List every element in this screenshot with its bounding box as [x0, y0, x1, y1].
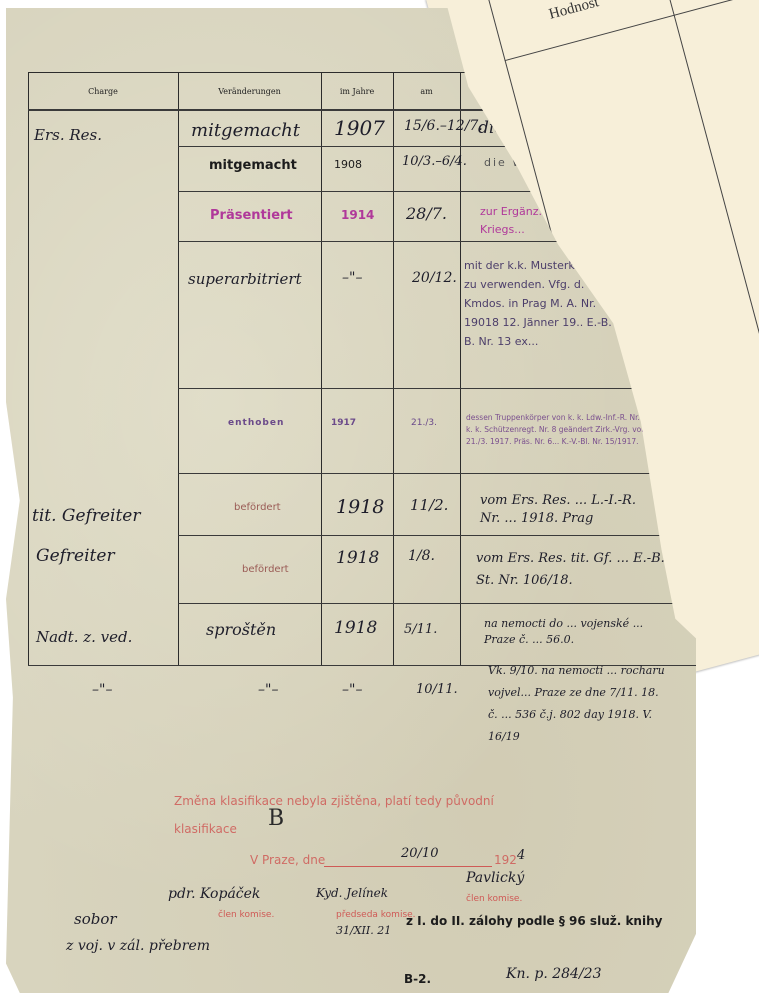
date-cell: 20/12.: [412, 270, 457, 286]
table-border: [28, 73, 29, 665]
column-header-year: im Jahre: [321, 87, 393, 96]
date-cell: 5/11.: [404, 622, 437, 637]
sheet-column-line: [653, 0, 759, 633]
year-cell: –"–: [342, 270, 362, 286]
change-cell: superarbitriert: [188, 270, 302, 288]
column-header-date: am: [393, 87, 460, 96]
classification-value: B: [268, 806, 284, 831]
row-rule: [178, 241, 608, 242]
classification-stamp-line1: Změna klasifikace nebyla zjištěna, platí…: [174, 794, 494, 808]
transfer-text: z I. do II. zálohy podle § 96 služ. knih…: [406, 914, 662, 928]
stamp-date: 20/10: [401, 846, 438, 861]
remark-cell: Vk. 9/10. na nemocti ... rocharu vojvel.…: [488, 660, 668, 748]
signature-label-member: člen komise.: [466, 894, 522, 904]
row-rule: [178, 473, 658, 474]
handwritten-note-2: z voj. v zál. přebrem: [66, 938, 210, 954]
column-divider: [393, 73, 394, 665]
change-cell: befördert: [234, 502, 281, 513]
row-rule: [178, 388, 638, 389]
date-cell: 10/11.: [416, 682, 458, 697]
signature-label-member: člen komise.: [218, 910, 274, 920]
column-divider: [178, 73, 179, 665]
charge-cell: –"–: [92, 682, 112, 698]
signature-member-2: Pavlický: [466, 870, 524, 886]
signature-chairman: Kyd. Jelínek: [316, 886, 388, 900]
row-rule: [178, 535, 678, 536]
change-cell: Präsentiert: [210, 208, 293, 223]
year-cell: 1917: [331, 418, 356, 428]
year-cell: –"–: [342, 682, 362, 698]
date-cell: 10/3.–6/4.: [402, 154, 467, 169]
date-line: [324, 866, 492, 867]
place-label: V Praze, dne: [250, 853, 325, 867]
year-cell: 1914: [341, 208, 374, 222]
sheet-row-line: [505, 0, 759, 61]
charge-cell: tit. Gefreiter: [32, 506, 140, 526]
change-cell: befördert: [242, 564, 289, 575]
remark-cell: na nemocti do ... vojenské ... Praze č. …: [484, 616, 674, 648]
change-cell: mitgemacht: [191, 120, 300, 141]
column-divider: [321, 73, 322, 665]
stamp-year-prefix: 192: [494, 853, 517, 867]
signature-member-1: pdr. Kopáček: [168, 886, 260, 902]
year-cell: 1918: [334, 618, 377, 638]
year-cell: 1908: [334, 158, 362, 171]
date-cell: 11/2.: [410, 496, 448, 514]
column-header-changes: Veränderungen: [178, 87, 321, 96]
change-cell: enthoben: [228, 418, 284, 428]
signature-label-chairman: předseda komise.: [336, 910, 416, 920]
year-cell: 1918: [336, 496, 384, 518]
handwritten-date: 31/XII. 21: [336, 924, 391, 937]
change-cell: mitgemacht: [209, 158, 297, 173]
stamp-year-suffix: 4: [517, 848, 525, 863]
remark-cell: vom Ers. Res. tit. Gf. ... E.-B. St. Nr.…: [476, 548, 666, 592]
date-cell: 15/6.–12/7.: [404, 118, 483, 134]
remark-cell: dessen Truppenkörper von k. k. Ldw.-Inf.…: [466, 412, 666, 448]
date-cell: 28/7.: [406, 204, 447, 223]
year-cell: 1918: [336, 548, 379, 568]
handwritten-note-1: sobor: [74, 910, 117, 928]
classification-label: klasifikace: [174, 822, 237, 836]
form-code: B-2.: [404, 972, 431, 986]
charge-cell: Ers. Res.: [34, 126, 102, 144]
charge-cell: Gefreiter: [36, 546, 115, 566]
row-rule: [178, 603, 698, 604]
change-cell: sproštěn: [206, 620, 276, 639]
charge-cell: Nadt. z. ved.: [36, 628, 132, 646]
sheet-header-hodnost: Hodnost: [547, 0, 601, 24]
year-cell: 1907: [334, 116, 385, 140]
date-cell: 1/8.: [408, 548, 435, 564]
handwritten-reference: Kn. p. 284/23: [506, 966, 602, 982]
remark-cell: vom Ers. Res. ... L.-I.-R. Nr. ... 1918.…: [480, 492, 660, 528]
date-cell: 21./3.: [411, 418, 437, 428]
column-header-charge: Charge: [28, 87, 178, 96]
change-cell: –"–: [258, 682, 278, 698]
